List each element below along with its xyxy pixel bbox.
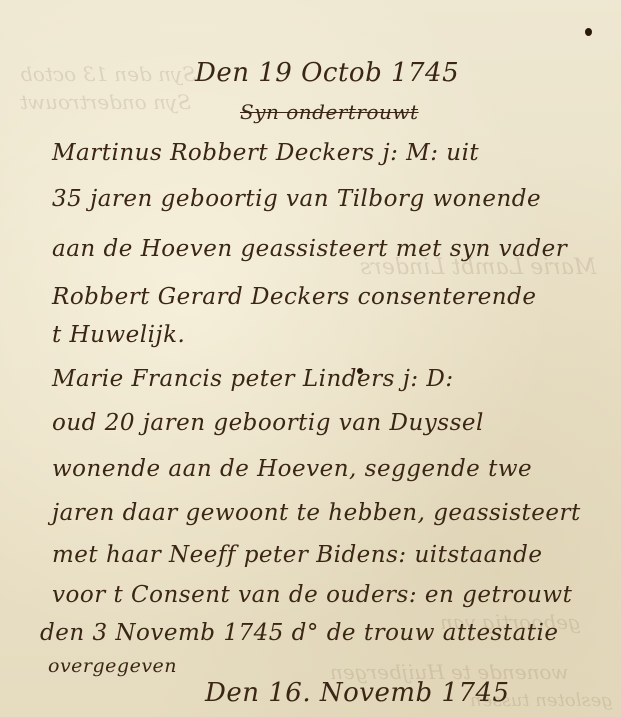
- entry-line: t Huwelijk.: [52, 322, 185, 348]
- entry-line: jaren daar gewoont te hebben, geassistee…: [52, 500, 581, 526]
- entry-line: overgegeven: [48, 655, 177, 677]
- bleed-through-line: Syn ondertrouwt: [20, 90, 191, 114]
- entry-line: Martinus Robbert Deckers j: M: uit: [52, 140, 479, 166]
- entry-line: den 3 Novemb 1745 d° de trouw attestatie: [40, 620, 559, 646]
- entry-line: voor t Consent van de ouders: en getrouw…: [52, 582, 572, 608]
- ink-spot: [585, 28, 592, 36]
- entry-line: Robbert Gerard Deckers consenterende: [52, 284, 536, 310]
- entry-line: aan de Hoeven geassisteert met syn vader: [52, 236, 567, 262]
- parchment-page: Syn ondertrouwt Syn den 13 octob Marie L…: [0, 0, 621, 717]
- entry-line: met haar Neeff peter Bidens: uitstaande: [52, 542, 543, 568]
- entry-date-heading: Den 19 Octob 1745: [195, 58, 459, 88]
- closing-date: Den 16. Novemb 1745: [205, 678, 510, 708]
- entry-line: Marie Francis peter Linders j: D:: [52, 366, 454, 392]
- entry-line: wonende aan de Hoeven, seggende twe: [52, 456, 532, 482]
- entry-line: oud 20 jaren geboortig van Duyssel: [52, 410, 484, 436]
- entry-status-line: Syn ondertrouwt: [240, 100, 419, 124]
- bleed-through-line: Syn den 13 octob: [20, 62, 196, 86]
- entry-line: 35 jaren geboortig van Tilborg wonende: [52, 186, 541, 212]
